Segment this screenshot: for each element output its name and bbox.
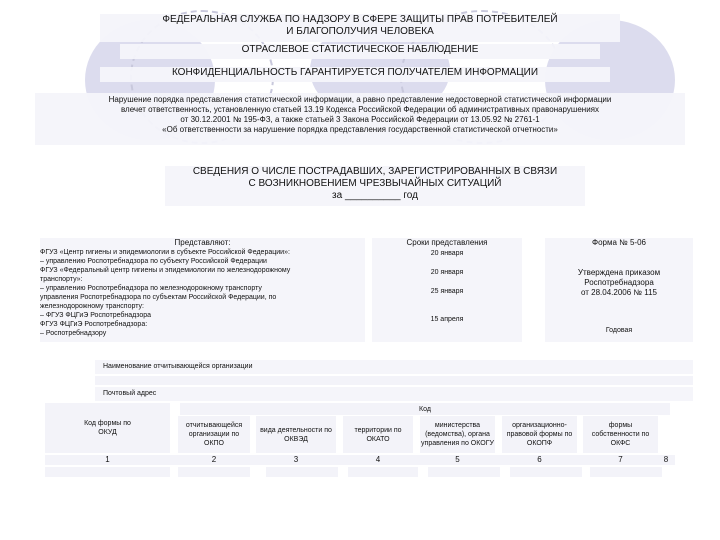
okato-value-cell[interactable]: [348, 467, 418, 477]
col-number: 2: [178, 455, 250, 464]
submitter-line: ФГУЗ ФЦГиЭ Роспотребнадзора:: [40, 320, 365, 329]
warning-line-1: Нарушение порядка представления статисти…: [35, 95, 685, 105]
org-name-row: Наименование отчитывающейся организации: [95, 360, 693, 374]
code-col-label: отчитывающейся организации по ОКПО: [178, 421, 250, 448]
code-group-label: Код: [419, 405, 431, 414]
submitter-line: железнодорожному транспорту:: [40, 302, 365, 311]
submitter-line: ФГУЗ «Федеральный центр гигиены и эпидем…: [40, 266, 365, 275]
code-col-okato: территории по ОКАТО: [343, 416, 413, 453]
confidentiality-text: КОНФИДЕНЦИАЛЬНОСТЬ ГАРАНТИРУЕТСЯ ПОЛУЧАТ…: [100, 67, 610, 79]
submitter-line: ФГУЗ «Центр гигиены и эпидемиологии в су…: [40, 248, 365, 257]
observation-header: ОТРАСЛЕВОЕ СТАТИСТИЧЕСКОЕ НАБЛЮДЕНИЕ: [120, 44, 600, 59]
warning-line-2: влечет ответственность, установленную ст…: [35, 105, 685, 115]
code-col-okpo: отчитывающейся организации по ОКПО: [178, 416, 250, 453]
code-col-okopf: организационно-правовой формы по ОКОПФ: [502, 416, 577, 453]
col-number: 1: [45, 455, 170, 464]
col-number: 5: [420, 455, 495, 464]
title-line-2: С ВОЗНИКНОВЕНИЕМ ЧРЕЗВЫЧАЙНЫХ СИТУАЦИЙ: [165, 178, 585, 190]
agency-line-2: И БЛАГОПОЛУЧИЯ ЧЕЛОВЕКА: [100, 26, 620, 38]
approved-line-3: от 28.04.2006 № 115: [545, 288, 693, 298]
submitter-line: управления Роспотребнадзора по субъектам…: [40, 293, 365, 302]
submitters-header: Представляют:: [40, 238, 365, 248]
col-number: 3: [256, 455, 336, 464]
code-col-okogu: министерства (ведомства), органа управле…: [420, 416, 495, 453]
deadline-2: 20 января: [372, 268, 522, 277]
org-name-label: Наименование отчитывающейся организации: [103, 363, 253, 370]
okud-value-cell[interactable]: [45, 467, 170, 477]
approved-line-1: Утверждена приказом: [545, 268, 693, 278]
code-col-label: формы собственности по ОКФС: [591, 421, 651, 448]
submitters-column: Представляют: ФГУЗ «Центр гигиены и эпид…: [40, 238, 365, 342]
okpo-value-cell[interactable]: [178, 467, 250, 477]
deadlines-header: Сроки представления: [372, 238, 522, 248]
warning-line-3: от 30.12.2001 № 195-ФЗ, а также статьей …: [35, 115, 685, 125]
org-address-row: Почтовый адрес: [95, 387, 693, 401]
submitter-line: – Роспотребнадзору: [40, 329, 365, 338]
deadline-4: 15 апреля: [372, 315, 522, 324]
okopf-value-cell[interactable]: [510, 467, 582, 477]
submitter-line: – ФГУЗ ФЦГиЭ Роспотребнадзора: [40, 311, 365, 320]
code-col-okfs: формы собственности по ОКФС: [583, 416, 658, 453]
agency-line-1: ФЕДЕРАЛЬНАЯ СЛУЖБА ПО НАДЗОРУ В СФЕРЕ ЗА…: [100, 14, 620, 26]
submitter-line: – управлению Роспотребнадзора по железно…: [40, 284, 365, 293]
code-col-okud: Код формы по ОКУД: [45, 403, 170, 453]
code-col-okved: вида деятельности по ОКВЭД: [256, 416, 336, 453]
code-col-label: вида деятельности по ОКВЭД: [256, 426, 336, 444]
col-number: 8: [661, 455, 671, 464]
form-info-column: Форма № 5-06 Утверждена приказом Роспотр…: [545, 238, 693, 342]
okved-value-cell[interactable]: [266, 467, 338, 477]
org-address-label: Почтовый адрес: [103, 390, 156, 397]
warning-line-4: «Об ответственности за нарушение порядка…: [35, 125, 685, 135]
title-line-1: СВЕДЕНИЯ О ЧИСЛЕ ПОСТРАДАВШИХ, ЗАРЕГИСТР…: [165, 166, 585, 178]
okogu-value-cell[interactable]: [428, 467, 500, 477]
legal-warning: Нарушение порядка представления статисти…: [35, 93, 685, 145]
code-group-header: Код: [180, 403, 670, 415]
deadline-3: 25 января: [372, 287, 522, 296]
code-col-label: министерства (ведомства), органа управле…: [420, 421, 495, 448]
periodicity: Годовая: [545, 326, 693, 335]
col-number: 4: [343, 455, 413, 464]
okfs-value-cell[interactable]: [590, 467, 662, 477]
observation-text: ОТРАСЛЕВОЕ СТАТИСТИЧЕСКОЕ НАБЛЮДЕНИЕ: [120, 44, 600, 56]
deadlines-column: Сроки представления 20 января 20 января …: [372, 238, 522, 342]
col-number: 6: [502, 455, 577, 464]
code-col-label: организационно-правовой формы по ОКОПФ: [502, 421, 577, 448]
submitter-line: – управлению Роспотребнадзора по субъект…: [40, 257, 365, 266]
title-line-3: за __________ год: [165, 190, 585, 202]
confidentiality-header: КОНФИДЕНЦИАЛЬНОСТЬ ГАРАНТИРУЕТСЯ ПОЛУЧАТ…: [100, 67, 610, 82]
approved-line-2: Роспотребнадзора: [545, 278, 693, 288]
form-number: Форма № 5-06: [545, 238, 693, 248]
report-title: СВЕДЕНИЯ О ЧИСЛЕ ПОСТРАДАВШИХ, ЗАРЕГИСТР…: [165, 166, 585, 206]
col-number: 7: [583, 455, 658, 464]
code-col-label: Код формы по ОКУД: [78, 419, 138, 437]
deadline-1: 20 января: [372, 249, 522, 258]
org-name-field[interactable]: [95, 376, 693, 385]
code-col-label: территории по ОКАТО: [353, 426, 403, 444]
agency-header: ФЕДЕРАЛЬНАЯ СЛУЖБА ПО НАДЗОРУ В СФЕРЕ ЗА…: [100, 14, 620, 42]
submitter-line: транспорту»:: [40, 275, 365, 284]
